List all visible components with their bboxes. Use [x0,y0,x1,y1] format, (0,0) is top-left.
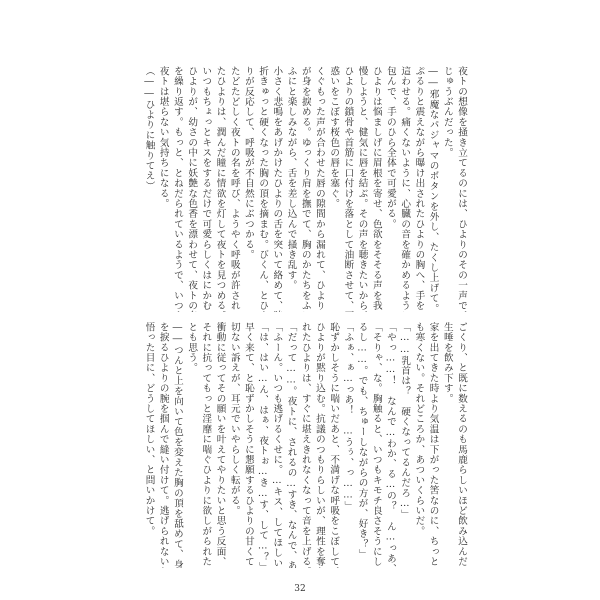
text-line: を繰り返す。もっと、とねだられているようで、いつも [170,66,184,312]
text-line: ひよりは悩ましげに眉根を寄せ、色欲をそそる声を我 [369,66,383,312]
text-line: 「ふーん。いつも逃げるくせに。…キス、してほしい？」 [269,322,283,568]
text-line: たひよりは、潤んだ瞳に情欲を灯して夜トを見つめる。 [212,66,226,312]
text-line: を捩るひよりの腕を掴んで縫い付けて。逃げられないと [156,322,170,568]
text-line: 早く来て、と恥ずかしそうに懇願するひよりの甘くて [241,322,255,568]
text-line: 「……乳首は？ 硬くなってるんだろ…」 [397,322,411,568]
book-page: 夜トの想像を掻き立てるのには、ひよりのその一声で、 じゅうぶんだった。 ――邪魔… [0,0,600,600]
text-line: たどたどしく夜トの名を呼び、ようやく呼吸が許され [227,66,241,312]
text-line: 小さく悲鳴をあげかけたひよりの舌を突いて絡めて、時 [269,66,283,312]
text-line: 折きゅっと硬くなった胸の頂を摘まむ。びくん、とひよ [255,66,269,312]
text-line: 夜トの想像を掻き立てるのには、ひよりのその一声で、 [454,66,468,312]
text-line: いつもちょっとキスをするだけで可愛らしくはにかむ [198,66,212,312]
text-line: 「そりゃ、な。胸触ると、いつもキモチ良さそうにして [369,322,383,568]
text-line: るし……。でも、ちゅーしながらの方が、好き？」 [354,322,368,568]
text-line: 恥ずかしそうに喘いだあと、不満げな呼吸をこぼして、 [326,322,340,568]
text-line: ふにと楽しみながら、舌を差し込んで掻き乱す。 [283,66,297,312]
text-line: 夜トは堪らない気持ちになる。 [156,66,170,312]
text-line: ひよりの鎖骨や首筋に口付けを落として油断させて、戸 [340,66,354,312]
text-line: （――ひよりに触りてえ） [141,66,155,312]
text-line: ひよりが黙り込む。抗議のつもりらしいが、理性を奪わ [312,322,326,568]
text-line: りが反応して、呼吸が不自然にぶつかる。 [241,66,255,312]
upper-text-block: 夜トの想像を掻き立てるのには、ひよりのその一声で、 じゅうぶんだった。 ――邪魔… [138,66,468,312]
text-line: 家を出てきた時より気温は下がった筈なのに、ちっと [425,322,439,568]
lower-text-block: ごくり、と既に数えるのも馬鹿らしいほど飲み込んだ 生唾を飲み下す。 家を出てきた… [138,322,468,568]
text-line: 衝動に従ってその願いを叶えてやりたいと思う反面、 [212,322,226,568]
text-line: も寒くない。それどころか、あついくらいだ。 [411,322,425,568]
text-line: ――邪魔なパジャマのボタンを外し、たくし上げて。 [425,66,439,312]
text-line: 慢しようと、健気に唇を結ぶ。その声を聴きたいから、 [354,66,368,312]
text-line: ぷるりと震えながら曝け出されたひよりの胸へ、手を [411,66,425,312]
text-line: 包んで、手のひら全体で可愛がる。 [383,66,397,312]
text-line: 悟った目に、どうしてほしい、と問いかけて。 [141,322,155,568]
text-line: ごくり、と既に数えるのも馬鹿らしいほど飲み込んだ [454,322,468,568]
text-line: ――つんと上を向いて色を変えた胸の頂を舐めて、身 [170,322,184,568]
text-line: 「やっ……！ なんで…わか、る…の？ ん…っあ、ぁ」 [383,322,397,568]
text-line: じゅうぶんだった。 [440,66,454,312]
text-line: とも思う。 [184,322,198,568]
text-line: れたひよりは、すぐに堪えきれなくなって音を上げる。 [298,322,312,568]
text-line: 「ふぁ、ぁ…っあ！ …うぅ、っ……」 [340,322,354,568]
text-line: 生唾を飲み下す。 [440,322,454,568]
text-line: 這わせる。痛くないように、心臓の音を確かめるように [397,66,411,312]
text-line: ひよりが、幼さの中に妖艶な色香を漂わせて、夜トの名 [184,66,198,312]
page-number: 32 [290,584,310,594]
text-line: が身を捩める。ゆっくり肩を撫でて、胸のかたちをふに [298,66,312,312]
text-line: それに抗ってもっと淫靡に喘ぐひよりに欲しがられたい、 [198,322,212,568]
text-line: 切ない訴えが、耳元でいやらしく転がる。 [227,322,241,568]
text-line: 「は、はい…ん、はぁ、夜トぉ…き…す、して…？」 [255,322,269,568]
text-line: くぐもった声が合わせた唇の隙間から漏れて、ひより [312,66,326,312]
text-line: 惑いをこぼす桜色の唇を塞ぐ。 [326,66,340,312]
text-line: 「だって……。夜トに、されるの…すき、なんで、あっ」 [283,322,297,568]
